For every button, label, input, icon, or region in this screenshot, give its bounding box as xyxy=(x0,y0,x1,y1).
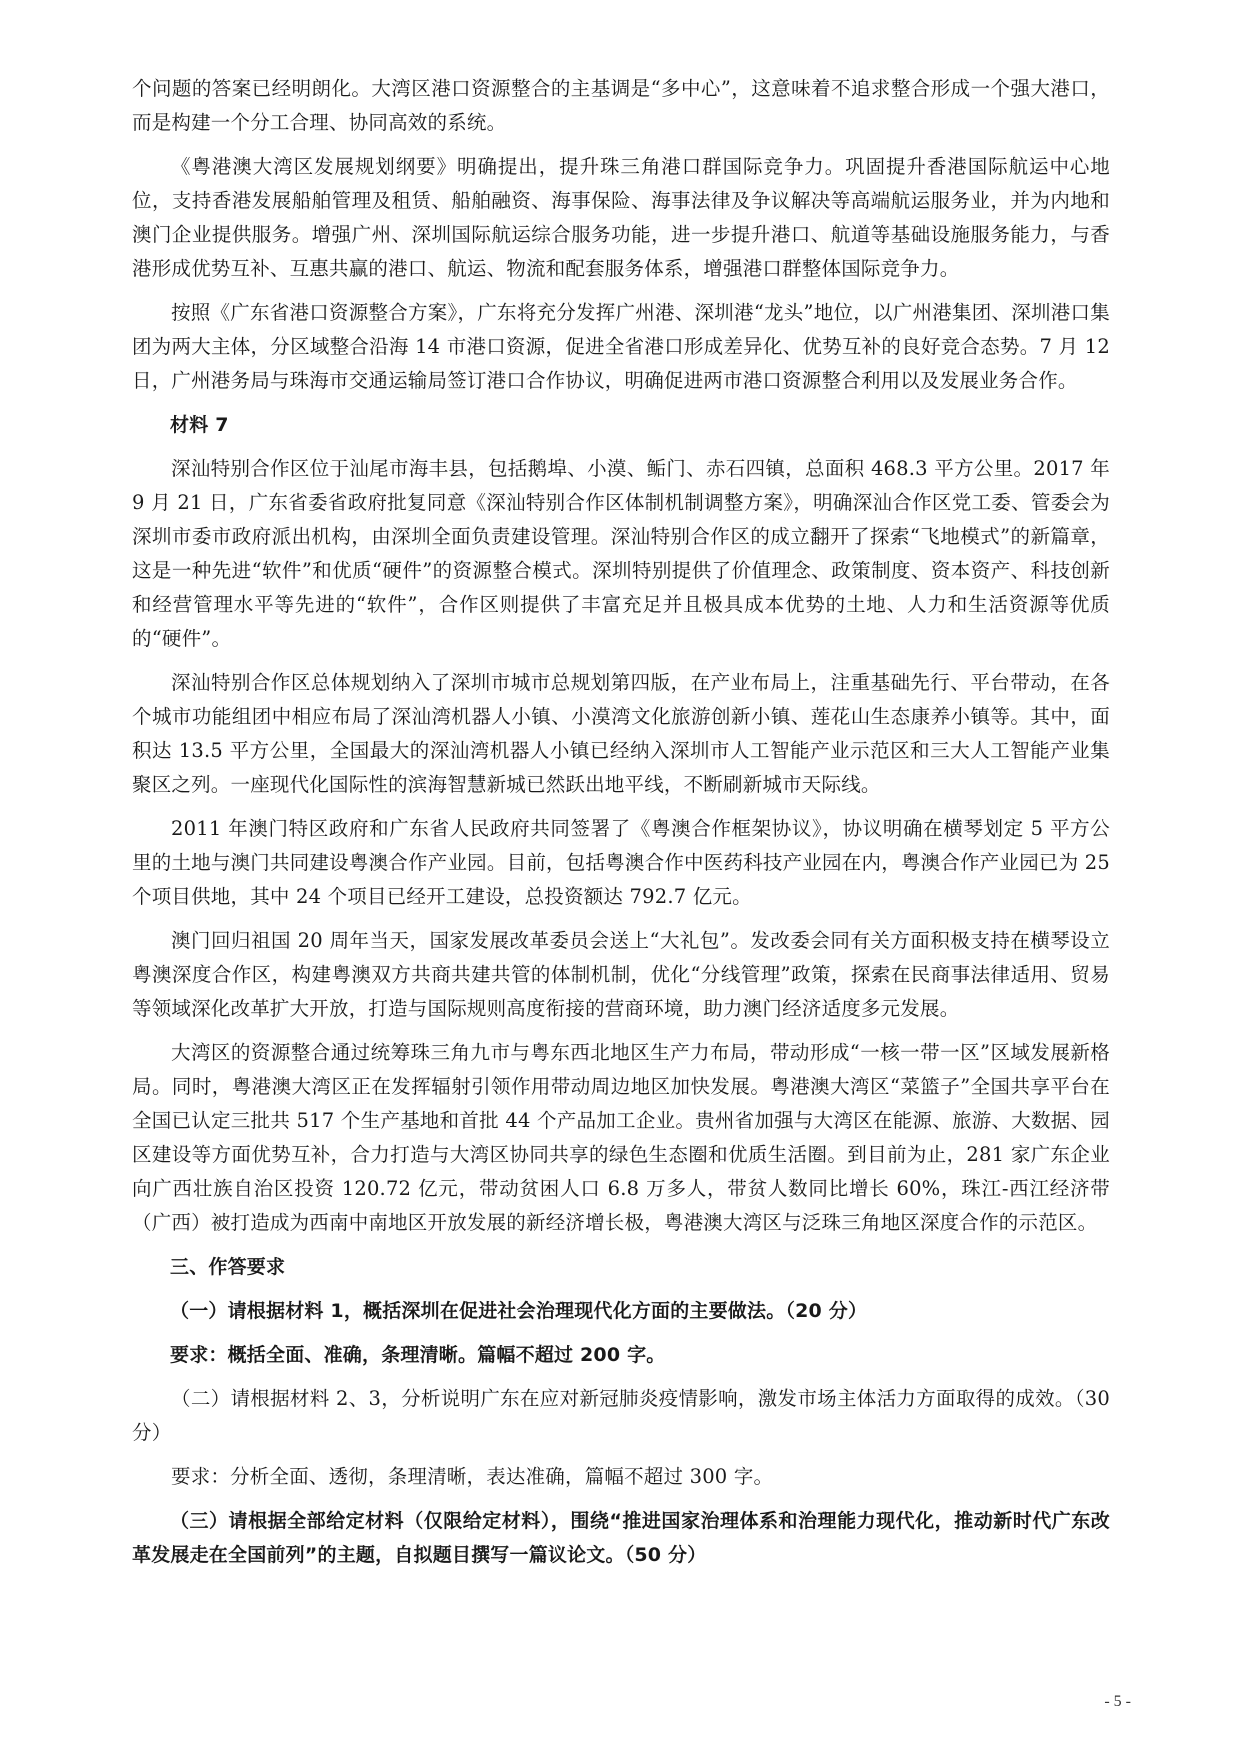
section-title-material-7: 材料 7 xyxy=(132,408,1110,442)
paragraph: 个问题的答案已经明朗化。大湾区港口资源整合的主基调是“多中心”，这意味着不追求整… xyxy=(132,72,1110,140)
question-1: （一）请根据材料 1，概括深圳在促进社会治理现代化方面的主要做法。（20 分） xyxy=(132,1294,1110,1328)
paragraph: 按照《广东省港口资源整合方案》，广东将充分发挥广州港、深圳港“龙头”地位，以广州… xyxy=(132,296,1110,398)
paragraph: 深汕特别合作区位于汕尾市海丰县，包括鹅埠、小漠、鲘门、赤石四镇，总面积 468.… xyxy=(132,452,1110,656)
paragraph: 《粤港澳大湾区发展规划纲要》明确提出，提升珠三角港口群国际竞争力。巩固提升香港国… xyxy=(132,150,1110,286)
paragraph: 澳门回归祖国 20 周年当天，国家发展改革委员会送上“大礼包”。发改委会同有关方… xyxy=(132,924,1110,1026)
paragraph: 大湾区的资源整合通过统筹珠三角九市与粤东西北地区生产力布局，带动形成“一核一带一… xyxy=(132,1036,1110,1240)
page-number: - 5 - xyxy=(1104,1693,1131,1711)
question-2-requirement: 要求：分析全面、透彻，条理清晰，表达准确，篇幅不超过 300 字。 xyxy=(132,1460,1110,1494)
paragraph: 2011 年澳门特区政府和广东省人民政府共同签署了《粤澳合作框架协议》，协议明确… xyxy=(132,812,1110,914)
question-2: （二）请根据材料 2、3，分析说明广东在应对新冠肺炎疫情影响，激发市场主体活力方… xyxy=(132,1382,1110,1450)
question-1-requirement: 要求：概括全面、准确，条理清晰。篇幅不超过 200 字。 xyxy=(132,1338,1110,1372)
section-title-requirements: 三、作答要求 xyxy=(132,1250,1110,1284)
paragraph: 深汕特别合作区总体规划纳入了深圳市城市总规划第四版，在产业布局上，注重基础先行、… xyxy=(132,666,1110,802)
question-3: （三）请根据全部给定材料（仅限给定材料），围绕“推进国家治理体系和治理能力现代化… xyxy=(132,1504,1110,1572)
document-page: 个问题的答案已经明朗化。大湾区港口资源整合的主基调是“多中心”，这意味着不追求整… xyxy=(132,72,1110,1572)
